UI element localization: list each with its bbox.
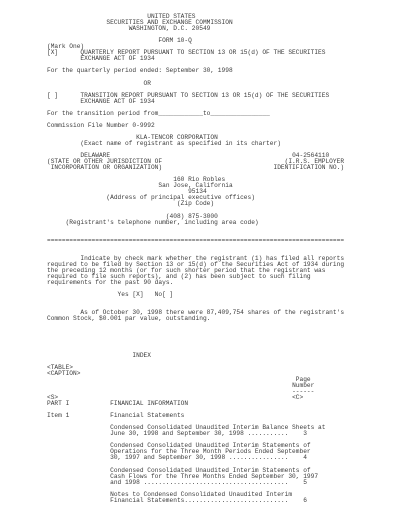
toc-page-number: 6 xyxy=(303,498,307,504)
sec-form-10q-document: UNITED STATES SECURITIES AND EXCHANGE CO… xyxy=(0,0,396,512)
toc-entry-line: Financial Statements....................… xyxy=(47,498,396,504)
toc-entry-text: Financial Statements....................… xyxy=(110,498,288,504)
